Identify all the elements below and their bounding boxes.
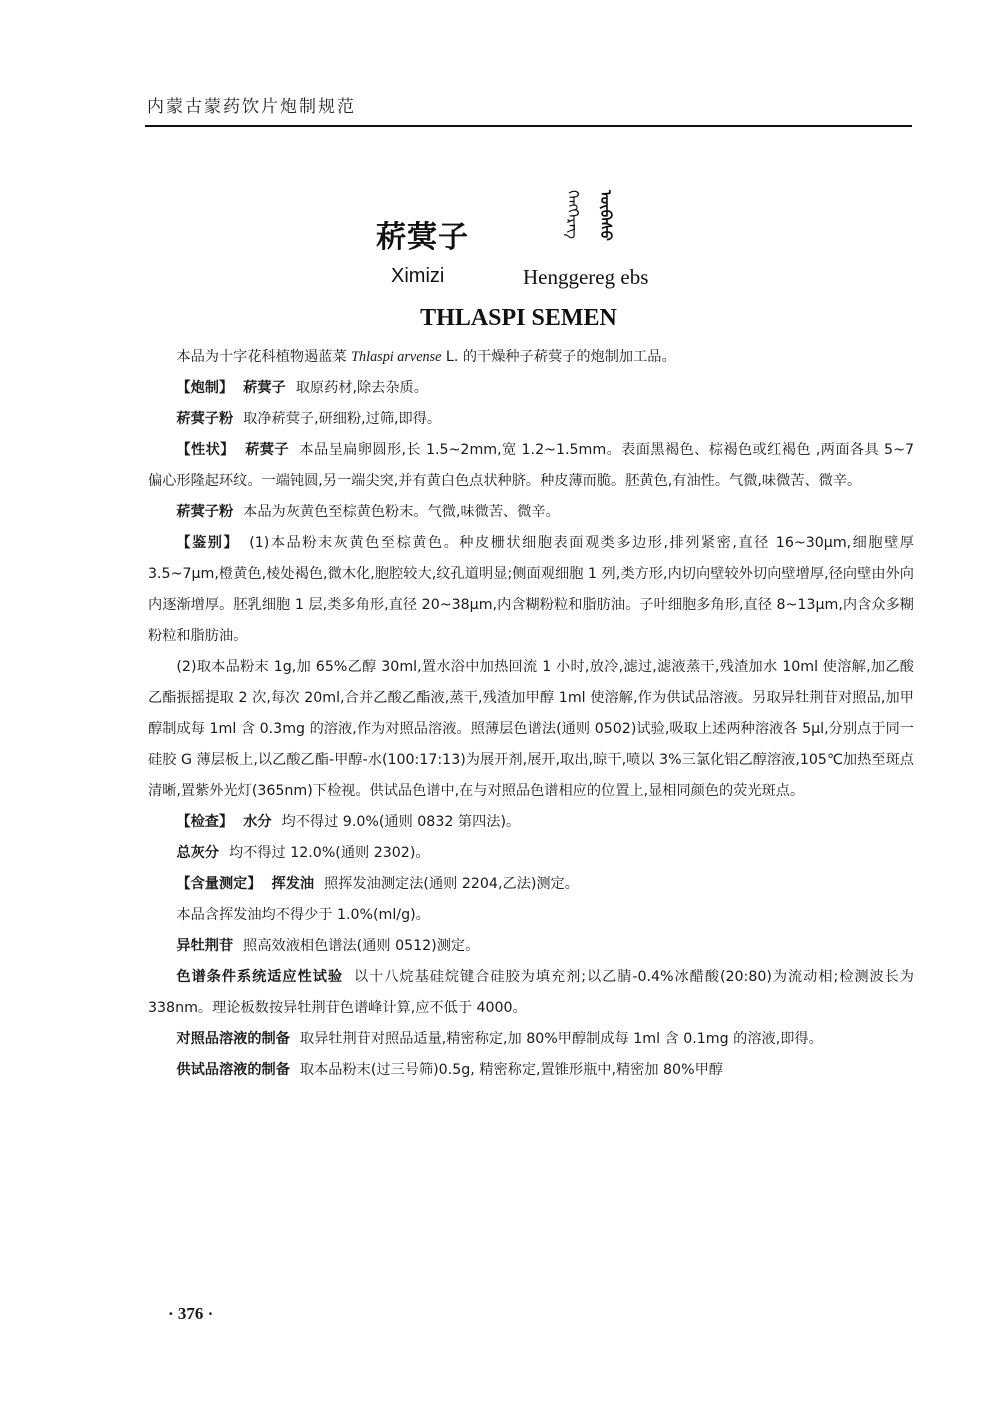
assay-paragraph-isovitexin: 异牡荆苷照高效液相色谱法(通则 0512)测定。	[148, 931, 914, 962]
section-label-description: 【性状】	[176, 442, 234, 458]
item-text: 取净菥蓂子,研细粉,过筛,即得。	[243, 411, 441, 427]
item-text: 均不得过 9.0%(通则 0832 第四法)。	[282, 814, 521, 830]
species-name: Thlaspi arvense	[351, 349, 441, 365]
section-label-processing: 【炮制】	[176, 380, 233, 396]
header-rule	[145, 125, 912, 127]
assay-paragraph-reference-prep: 对照品溶液的制备取异牡荆苷对照品适量,精密称定,加 80%甲醇制成每 1ml 含…	[148, 1024, 914, 1055]
item-name: 水分	[243, 814, 271, 830]
item-name: 挥发油	[272, 876, 315, 892]
item-name: 供试品溶液的制备	[176, 1062, 290, 1078]
item-text: 取原药材,除去杂质。	[296, 380, 428, 396]
assay-paragraph-volatile-oil-limit: 本品含挥发油均不得少于 1.0%(ml/g)。	[148, 900, 914, 931]
description-paragraph-2: 菥蓂子粉本品为灰黄色至棕黄色粉末。气微,味微苦、微辛。	[148, 497, 914, 528]
item-name: 菥蓂子	[243, 380, 286, 396]
processing-paragraph-2: 菥蓂子粉取净菥蓂子,研细粉,过筛,即得。	[148, 404, 914, 435]
page-number: · 376 ·	[168, 1304, 213, 1324]
item-text: 照高效液相色谱法(通则 0512)测定。	[243, 938, 479, 954]
intro-text-pre: 本品为十字花科植物遏蓝菜	[176, 349, 351, 365]
intro-text-post: L. 的干燥种子菥蓂子的炮制加工品。	[441, 349, 675, 365]
monograph-body: 本品为十字花科植物遏蓝菜 Thlaspi arvense L. 的干燥种子菥蓂子…	[148, 342, 914, 1086]
identification-text-2: (2)取本品粉末 1g,加 65%乙醇 30ml,置水浴中加热回流 1 小时,放…	[148, 659, 914, 799]
identification-text-1: (1)本品粉末灰黄色至棕黄色。种皮栅状细胞表面观类多边形,排列紧密,直径 16~…	[148, 535, 914, 644]
item-name: 异牡荆苷	[176, 938, 233, 954]
section-label-identification: 【鉴别】	[176, 535, 239, 551]
entry-title-mongolian-word-1: ᠬᠡᠩᠬᠡᠷᠡᠭ	[565, 190, 580, 248]
item-name: 菥蓂子	[245, 442, 289, 458]
item-text: 本品为灰黄色至棕黄色粉末。气微,味微苦、微辛。	[243, 504, 560, 520]
section-label-assay: 【含量测定】	[176, 876, 261, 892]
item-name: 菥蓂子粉	[176, 504, 233, 520]
processing-paragraph-1: 【炮制】菥蓂子取原药材,除去杂质。	[148, 373, 914, 404]
identification-paragraph-2: (2)取本品粉末 1g,加 65%乙醇 30ml,置水浴中加热回流 1 小时,放…	[148, 652, 914, 807]
item-text: 取本品粉末(过三号筛)0.5g, 精密称定,置锥形瓶中,精密加 80%甲醇	[300, 1062, 723, 1078]
inspection-paragraph-2: 总灰分均不得过 12.0%(通则 2302)。	[148, 838, 914, 869]
limit-text: 本品含挥发油均不得少于 1.0%(ml/g)。	[176, 907, 429, 923]
entry-title-mongolian-word-2: ᠦᠪᠡᠰᠦ	[598, 190, 613, 230]
item-text: 取异牡荆苷对照品适量,精密称定,加 80%甲醇制成每 1ml 含 0.1mg 的…	[300, 1031, 823, 1047]
item-text: 照挥发油测定法(通则 2204,乙法)测定。	[324, 876, 579, 892]
item-name: 色谱条件系统适应性试验	[176, 969, 343, 985]
description-paragraph-1: 【性状】菥蓂子本品呈扁卵圆形,长 1.5~2mm,宽 1.2~1.5mm。表面黑…	[148, 435, 914, 497]
assay-paragraph-chromatography: 色谱条件系统适应性试验以十八烷基硅烷键合硅胶为填充剂;以乙腈-0.4%冰醋酸(2…	[148, 962, 914, 1024]
entry-pinyin: Ximizi	[391, 265, 444, 288]
item-name: 总灰分	[176, 845, 219, 861]
item-name: 菥蓂子粉	[176, 411, 233, 427]
assay-paragraph-sample-prep: 供试品溶液的制备取本品粉末(过三号筛)0.5g, 精密称定,置锥形瓶中,精密加 …	[148, 1055, 914, 1086]
running-head-title: 内蒙古蒙药饮片炮制规范	[147, 92, 356, 117]
identification-paragraph-1: 【鉴别】(1)本品粉末灰黄色至棕黄色。种皮栅状细胞表面观类多边形,排列紧密,直径…	[148, 528, 914, 652]
entry-title-chinese: 菥蓂子	[376, 212, 469, 256]
assay-paragraph-volatile-oil: 【含量测定】挥发油照挥发油测定法(通则 2204,乙法)测定。	[148, 869, 914, 900]
section-label-inspection: 【检查】	[176, 814, 233, 830]
inspection-paragraph-1: 【检查】水分均不得过 9.0%(通则 0832 第四法)。	[148, 807, 914, 838]
entry-latin-name: THLASPI SEMEN	[0, 305, 1007, 332]
item-text: 均不得过 12.0%(通则 2302)。	[229, 845, 430, 861]
item-name: 对照品溶液的制备	[176, 1031, 290, 1047]
entry-mongolian-latin: Henggereg ebs	[523, 265, 648, 290]
intro-paragraph: 本品为十字花科植物遏蓝菜 Thlaspi arvense L. 的干燥种子菥蓂子…	[148, 342, 914, 373]
